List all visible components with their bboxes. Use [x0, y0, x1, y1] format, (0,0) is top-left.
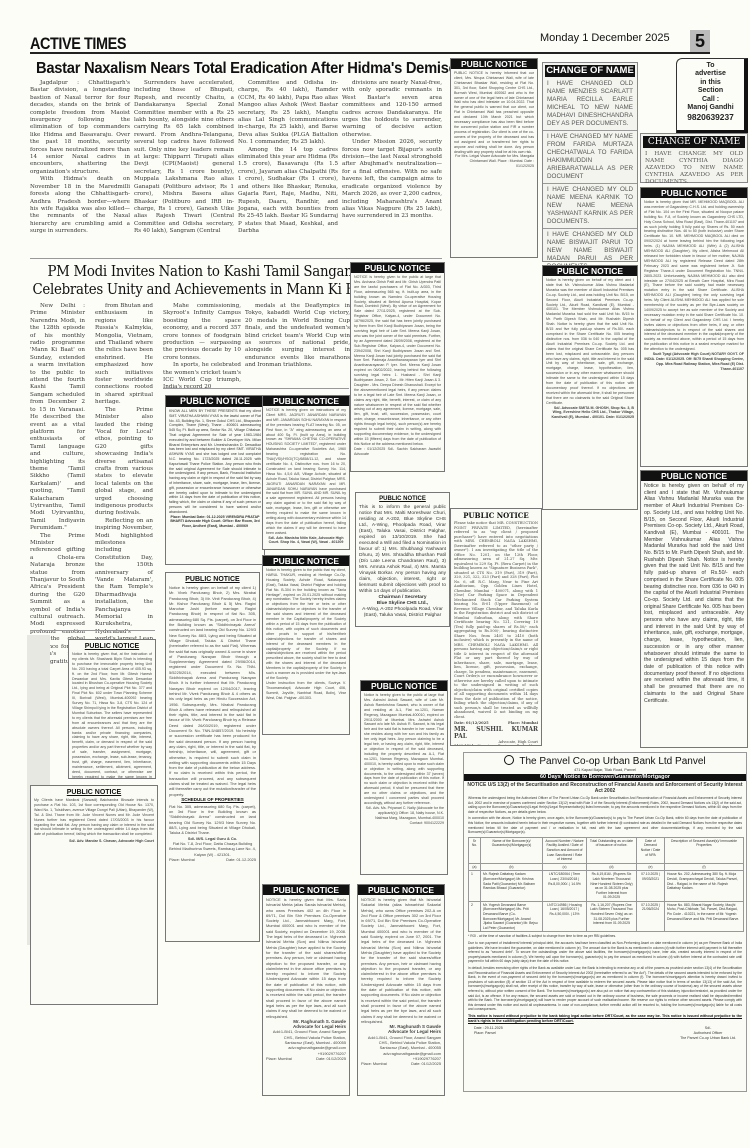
bank-notice-place: Place: Panvel — [474, 1031, 503, 1036]
bank-notice-intro: Whereas the undersigned being the Author… — [468, 796, 742, 814]
bank-notice-title: 60 Days' Notice to Borrower/Guarantor/Mo… — [464, 774, 746, 781]
notice-body: Notice is hereby given that MR. MEHMOOD … — [644, 200, 744, 352]
bank-notice-disclaimer: This notice is issued without prejudice … — [468, 1014, 742, 1023]
table-header-row: Sr No. Name of the Borrower(s)/ Guaranto… — [469, 837, 744, 863]
notice-place: Place: Mumbai — [361, 1061, 387, 1066]
notice-title: PUBLIC NOTICE — [351, 263, 444, 273]
notice-title: PUBLIC NOTICE — [359, 495, 446, 504]
notice-signature: Under instruction from the clients, Suvi… — [266, 681, 346, 701]
page-number: 5 — [690, 30, 710, 52]
cell-property: House No. 883, Bharat Nagar Society, Mau… — [665, 901, 744, 932]
change-of-name-box: CHANGE OF NAME I HAVE CHANGE MY OLD NAME… — [640, 133, 748, 183]
paragraph: Among the 14 top cadres eliminated this … — [238, 147, 338, 236]
advertise-line: advertise — [677, 70, 744, 78]
column-letter: (c) — [543, 863, 587, 871]
notice-body: Notice is hereby given to the public tha… — [266, 568, 346, 681]
story1-col-4: divisions are nearly Naxal-free, with on… — [342, 80, 442, 221]
masthead-rule — [30, 52, 710, 54]
notice-place: Place: Mumbai — [266, 1056, 292, 1061]
cell-sr: 2 — [469, 901, 481, 932]
divider — [30, 630, 155, 631]
notice-signature: Sd/- Adv. Ms. Priyanari C. Nalty (Advoca… — [364, 806, 444, 826]
schedule-body: Flat No. 305, admeasuring 680 Sq. Fts. (… — [169, 804, 256, 836]
public-notice-box: PUBLIC NOTICE Notice is hereby given tha… — [68, 639, 156, 779]
public-notice-box: PUBLIC NOTICE Notice is hereby given tha… — [640, 187, 748, 467]
public-notice-box: PUBLIC NOTICE NOTICE is hereby given to … — [350, 262, 445, 472]
notice-body: This is to inform the general public not… — [359, 505, 446, 595]
notice-address: Add:1-B/41, Ground Floor, Anand Sangam C… — [361, 1035, 441, 1061]
column-header: Name of the Borrower(s)/ Guarantor(s)/Mo… — [481, 837, 543, 863]
bank-demand-notice: The Panvel Co-op Urban Bank Ltd Panvel 4… — [463, 752, 747, 1092]
notice-title: PUBLIC NOTICE — [263, 556, 349, 566]
notice-title: PUBLIC NOTICE — [358, 885, 444, 895]
public-notice-box: PUBLIC NOTICE NOTICE is hereby given on … — [262, 395, 350, 550]
story2-col-4: medals at the Deaflympics in Tokyo, kaba… — [245, 303, 350, 370]
public-notice-box: PUBLIC NOTICE KNOW ALL MEN BY THESE PRES… — [165, 395, 265, 565]
story-headline-bastar: Bastar Naxalism Nears Total Eradication … — [36, 60, 457, 78]
bank-address: 471 Kapad Bajar, Tilak Road, Panvel — [464, 768, 746, 772]
bank-notice-footnote: * ROI - at the time of sanction of facil… — [468, 934, 742, 939]
public-notice-box: PUBLIC NOTICE PUBLIC NOTICE is hereby in… — [450, 58, 538, 258]
notice-place: Place: Mumbai — [508, 721, 538, 726]
cell-sr: 1 — [469, 871, 481, 902]
column-header: Total Outstanding as on date of issuance… — [587, 837, 637, 863]
change-of-name-entry: I HAVE CHANGED OLD NAME MENZIES SCARLATT… — [543, 78, 637, 131]
notice-body: NOTICE is hereby given on instructions o… — [266, 408, 346, 536]
bank-notice-bank: The Panvel Co-op Urban Bank Ltd. — [680, 1036, 736, 1041]
notice-place: Place: Mumbai — [169, 857, 195, 862]
change-of-name-entry: I HAVE CHANGED MY NAME FROM FARIDA MURTA… — [543, 131, 637, 184]
cell-account: LNTC/180064 | Term Loan | 23/04/2018 | R… — [543, 871, 587, 902]
schedule-title: SCHEDULE OF PROPERTIES — [169, 797, 256, 803]
bank-name: The Panvel Co-op Urban Bank Ltd Panvel — [519, 756, 705, 767]
notice-title: PUBLIC NOTICE — [34, 788, 154, 797]
cell-outstanding: Rs. 1,16,207 (Rupees One Lakh Sixteen Th… — [587, 901, 637, 932]
public-notice-box: PUBLIC NOTICE Notice is hereby given on … — [640, 470, 748, 748]
public-notice-box: PUBLIC NOTICE Notice is hereby given on … — [165, 572, 260, 942]
column-letter: (d) — [587, 863, 637, 871]
paragraph: Committee and Odisha in-charge, Rs 40 la… — [238, 80, 338, 147]
paragraph: Reflecting on an inspiring November, Mod… — [95, 518, 153, 659]
story1-col-1: Jagdalpur : Chhattisgarh's Bastar divisi… — [30, 80, 130, 236]
notice-title: PUBLIC NOTICE — [454, 511, 538, 520]
bank-name-row: The Panvel Co-op Urban Bank Ltd Panvel — [464, 756, 746, 767]
notice-body: PUBLIC NOTICE is hereby informed that ou… — [454, 71, 534, 154]
notice-body: NOTICE is hereby given that Mr. Ishvarla… — [361, 897, 441, 1024]
column-header: Date of Demand Notice / Date of NPA — [637, 837, 665, 863]
notice-title: PUBLIC NOTICE — [451, 59, 537, 69]
issue-date: Monday 1 December 2025 — [540, 32, 670, 44]
cell-property: House No. 202, Admeasuring 380 Sq. ft. M… — [665, 871, 744, 902]
column-header: Sr No. — [469, 837, 481, 863]
notice-title: PUBLIC NOTICE — [166, 396, 264, 407]
notice-body: NOTICE is hereby given that Mrs. Sarla I… — [266, 897, 346, 1019]
notice-body: Notice is hereby given on behalf of my c… — [169, 585, 256, 797]
change-of-name-title: CHANGE OF NAME — [643, 136, 745, 148]
advertise-line: Section — [677, 87, 744, 95]
paragraph: from Bhutan and enthusiasm in regions li… — [95, 303, 153, 407]
notice-body: Notice is hereby given that, at the inst… — [72, 652, 152, 779]
notice-signature: Sd/- Advocate SMITA M. GHOSH, Shop No. 3… — [546, 406, 634, 421]
public-notice-box: PUBLIC NOTICE Notice is hereby given on … — [542, 265, 638, 510]
notice-body: Notice is hereby given on behalf of my c… — [644, 483, 744, 704]
notice-title: PUBLIC NOTICE — [641, 471, 747, 481]
divider — [30, 258, 442, 259]
notice-signature: Sd/- Adv. Manisha Nitin Kale, Advocate H… — [266, 536, 346, 546]
notice-title: PUBLIC NOTICE — [361, 681, 447, 691]
notice-body: Notice is hereby given to the public at … — [364, 693, 444, 806]
public-notice-box: PUBLIC NOTICE NOTICE is hereby given tha… — [262, 884, 350, 1096]
notice-body: KNOW ALL MEN BY THESE PRESENTS that my c… — [169, 409, 261, 515]
paragraph: New Delhi : Prime Minister Narendra Modi… — [30, 303, 85, 533]
bank-logo-icon — [504, 755, 514, 765]
cell-names: Mr. Yogesh Devanand Barve (Borrower/Mort… — [481, 901, 543, 932]
advertise-line: To — [677, 62, 744, 70]
paragraph: With Hidma's death on November 18 in the… — [30, 176, 130, 235]
paragraph: divisions are nearly Naxal-free, with on… — [342, 80, 442, 139]
bank-notice-subtitle: NOTICE U/S 13(2) of the Securitisation a… — [467, 782, 743, 794]
notice-signature: Date : 01/12/2025 Sd/- Sachin Sakharam A… — [354, 447, 441, 457]
notice-body: My Clients have Manikrai (Sarwadi) Balch… — [34, 798, 154, 837]
bank-notice-signature-block: Date : 29-11-2025 Place: Panvel Sd/- Aut… — [474, 1026, 736, 1040]
column-letter: (b) — [481, 863, 543, 871]
notice-signature: For Mrs. Leigal Visare Advocate for Mrs.… — [454, 154, 534, 169]
notice-address: 1403-1404, Signature Business Park, Near… — [454, 744, 538, 746]
notice-title: PUBLIC NOTICE — [169, 575, 256, 584]
paragraph: Surrenders have accelerated, including t… — [134, 80, 234, 236]
divider — [163, 388, 349, 389]
story2-col-3: Mahe commissioning, Skyroot's Infinity C… — [163, 303, 241, 392]
column-letter: (a) — [469, 863, 481, 871]
notice-body: Notice is hereby given on behalf of my c… — [546, 278, 634, 406]
paragraph: Mahe commissioning, Skyroot's Infinity C… — [163, 303, 241, 362]
cell-names: Mr. Rajesh Dattatray Kadam (Borrower/Mor… — [481, 871, 543, 902]
notice-body: NOTICE is hereby given to the public at … — [354, 275, 441, 447]
paragraph: The Prime Minister also lauded the risin… — [95, 407, 153, 518]
borrowers-table: Sr No. Name of the Borrower(s)/ Guaranto… — [468, 837, 744, 933]
paragraph: Under Mission 2026, security forces now … — [342, 139, 442, 220]
public-notice-box: PUBLIC NOTICE Notice is hereby given to … — [262, 555, 350, 735]
column-letter: (f) — [665, 863, 744, 871]
cell-dates: 07.10.2025 | 21/06/2024 — [637, 901, 665, 932]
change-of-name-title: CHANGE OF NAME — [545, 65, 635, 77]
notice-date: Date: 01/12/2025 — [316, 1056, 346, 1061]
notice-signature: MR. SUSHIL KUMAR PAL — [454, 726, 538, 740]
notice-title: PUBLIC NOTICE — [72, 642, 152, 651]
story1-col-2: Surrenders have accelerated, including t… — [134, 80, 234, 236]
cell-dates: 07.10.2025 | 09/03/2021 — [637, 871, 665, 902]
story2-col-1: New Delhi : Prime Minister Narendra Modi… — [30, 303, 85, 666]
notice-signature: Place: Mumbai Date: 01.12.2025 VIRENDRA … — [169, 515, 261, 529]
public-notice-box: PUBLIC NOTICE This is to inform the gene… — [355, 492, 450, 627]
bank-notice-paragraph: Due to non payment of installment/ inter… — [468, 941, 742, 964]
bank-notice-intro-2: In connection with the above, Notice is … — [468, 816, 742, 834]
notice-title: PUBLIC NOTICE — [641, 188, 747, 198]
change-of-name-entry: I HAVE CHANGED MY OLD NAME MEENA KARNIK … — [543, 184, 637, 229]
table-row: 2 Mr. Yogesh Devanand Barve (Borrower/Mo… — [469, 901, 744, 932]
change-of-name-entry: I HAVE CHANGE MY OLD NAME CYNTHIA DIAGO … — [641, 149, 747, 188]
notice-date: Date: 01/12/2025 — [454, 721, 489, 726]
paragraph: medals at the Deaflympics in Tokyo, kaba… — [245, 303, 350, 370]
paragraph: Jagdalpur : Chhattisgarh's Bastar divisi… — [30, 80, 130, 176]
notice-signature: Sd/- Adv. Mandar S. Chavan, Advocate Hig… — [34, 839, 154, 844]
column-header: Account Number / Nature Facility Availed… — [543, 837, 587, 863]
public-notice-box: PUBLIC NOTICE NOTICE is hereby given tha… — [357, 884, 445, 1096]
story-headline-modi: PM Modi Invites Nation to Kashi Tamil Sa… — [20, 263, 388, 299]
story2-col-2: from Bhutan and enthusiasm in regions li… — [95, 303, 153, 659]
public-notice-box: PUBLIC NOTICE Notice is hereby given to … — [360, 680, 448, 875]
notice-address: Flat No. 7-8, 2nd Floor, Datta Chaaya Bu… — [169, 841, 256, 857]
public-notice-box: PUBLIC NOTICE Please take notice that MR… — [450, 508, 542, 746]
advertise-line: in this — [677, 79, 744, 87]
column-header: Description of Secured Asset(s)/ Immovab… — [665, 837, 744, 863]
advertise-contact-name: Manoj Gandhi — [677, 104, 744, 112]
story1-col-3: Committee and Odisha in-charge, Rs 40 la… — [238, 80, 338, 236]
notice-title: PUBLIC NOTICE — [263, 885, 349, 895]
cell-outstanding: Rs.6,19,816/- (Rupees Six Lakh Nineteen … — [587, 871, 637, 902]
change-of-name-box: CHANGE OF NAME I HAVE CHANGED OLD NAME M… — [542, 62, 638, 262]
notice-date: Date: 01/12/2025 — [411, 1061, 441, 1066]
cell-account: LNTC/14986 | Housing Loan | 16/05/2017 |… — [543, 901, 587, 932]
notice-signature: Suzit Tyagi (Advocate High Court) NOTARY… — [644, 352, 744, 372]
public-notice-box: PUBLIC NOTICE My Clients have Manikrai (… — [30, 785, 158, 1005]
advertise-line: Call : — [677, 96, 744, 104]
notice-title: PUBLIC NOTICE — [543, 266, 637, 276]
notice-address: Add:1-B/41, Ground Floor, Anand Sangam C… — [266, 1029, 346, 1055]
notice-body: Please take notice that MR. CONSTRUCTION… — [454, 521, 538, 719]
table-letter-row: (a) (b) (c) (d) (e) (f) — [469, 863, 744, 871]
notice-title: PUBLIC NOTICE — [263, 396, 349, 406]
bank-notice-paragraph: In default, besides exercising other rig… — [468, 966, 742, 1012]
column-letter: (e) — [637, 863, 665, 871]
notice-address: A-Wing, A-202 Phoolpada Road, Virar (Eas… — [359, 607, 446, 619]
advertise-box: To advertise in this Section Call : Mano… — [676, 58, 748, 134]
table-row: 1 Mr. Rajesh Dattatray Kadam (Borrower/M… — [469, 871, 744, 902]
advertise-phone[interactable]: 9820639237 — [677, 112, 744, 123]
masthead-title: ACTIVE TIMES — [30, 34, 126, 54]
notice-date: Date: 01.12.2025 — [226, 857, 256, 862]
